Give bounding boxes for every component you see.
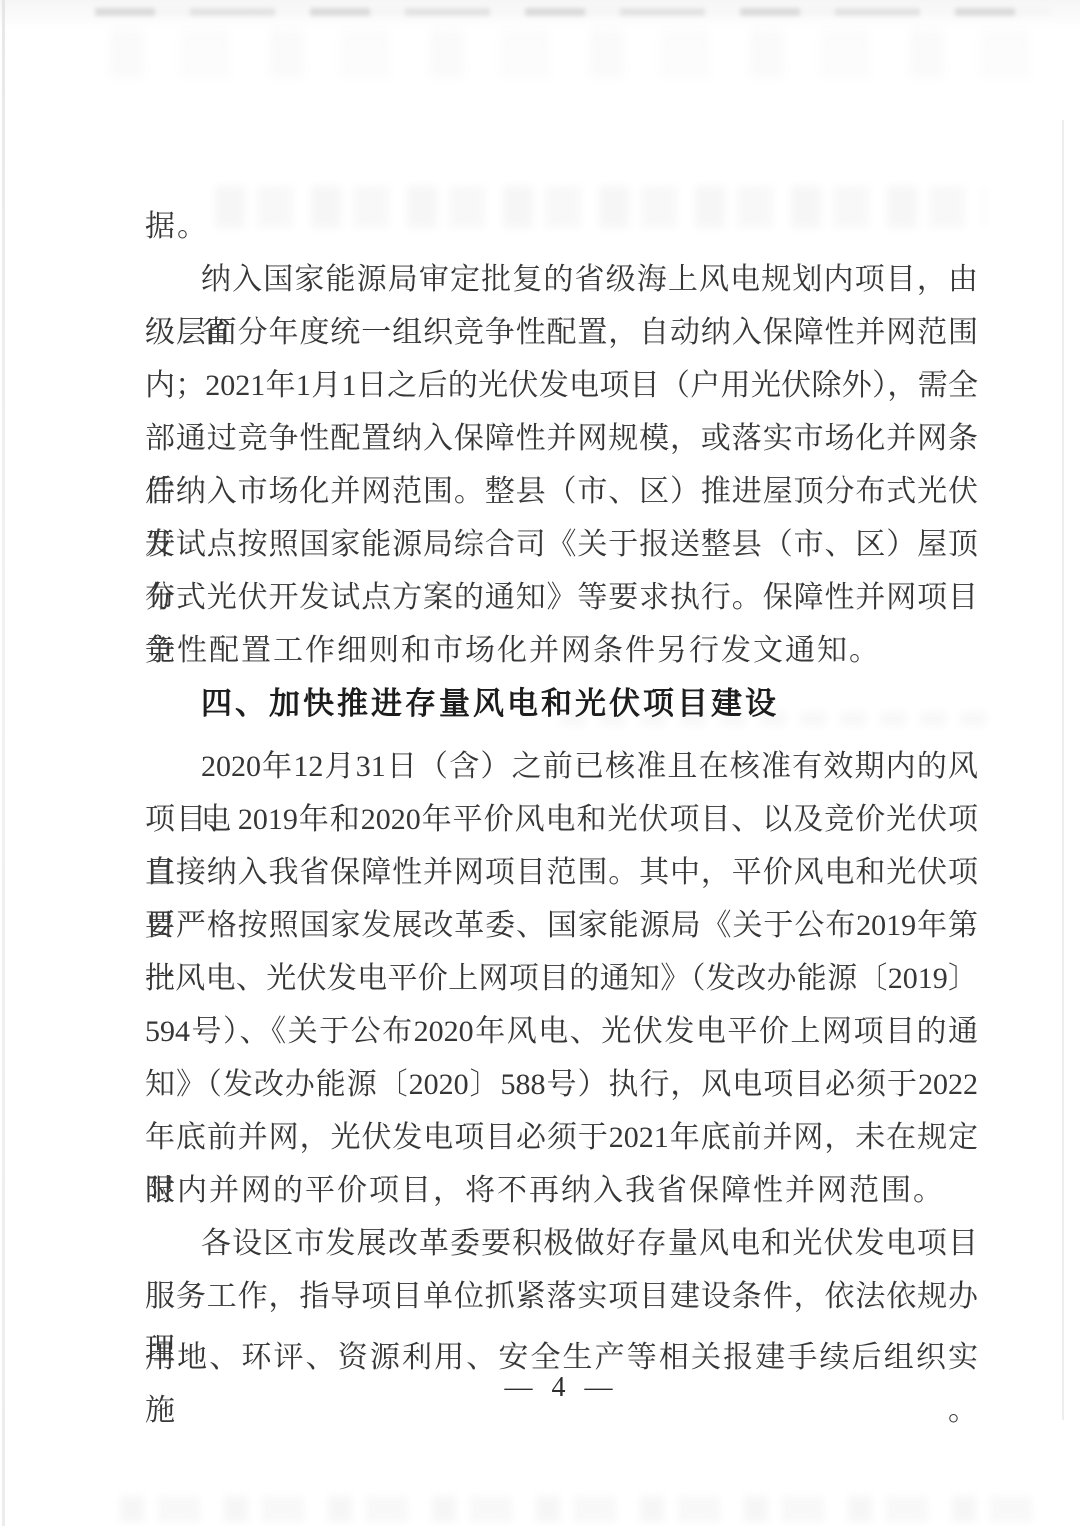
text-line: 项目、2019年和2020年平价风电和光伏项目、以及竞价光伏项目 xyxy=(145,793,978,846)
section-heading: 四、加快推进存量风电和光伏项目建设 xyxy=(145,677,978,730)
text-line: 部通过竞争性配置纳入保障性并网规模，或落实市场化并网条件 xyxy=(145,412,978,465)
text-line: 2020年12月31日（含）之前已核准且在核准有效期内的风电 xyxy=(145,740,978,793)
text-line: 知》（发改办能源〔2020〕588号）执行，风电项目必须于2022 xyxy=(145,1058,978,1111)
scan-edge-artifact xyxy=(95,8,1050,16)
text-line: 594号）、《关于公布2020年风电、光伏发电平价上网项目的通 xyxy=(145,1005,978,1058)
text-line: 服务工作，指导项目单位抓紧落实项目建设条件，依法依规办理 xyxy=(145,1270,978,1323)
text-line: 发试点按照国家能源局综合司《关于报送整县（市、区）屋顶分 xyxy=(145,518,978,571)
text-line: 直接纳入我省保障性并网项目范围。其中，平价风电和光伏项目 xyxy=(145,846,978,899)
text-line: 后纳入市场化并网范围。整县（市、区）推进屋顶分布式光伏开 xyxy=(145,465,978,518)
bleedthrough-artifact xyxy=(110,30,1040,78)
text-line: 批风电、光伏发电平价上网项目的通知》（发改办能源〔2019〕 xyxy=(145,952,978,1005)
page-number: — 4 — xyxy=(145,1372,978,1404)
scan-edge-artifact xyxy=(2,0,5,1526)
text-line: 布式光伏开发试点方案的通知》等要求执行。保障性并网项目竞 xyxy=(145,571,978,624)
scan-edge-artifact xyxy=(1062,120,1064,1420)
text-line: 各设区市发展改革委要积极做好存量风电和光伏发电项目 xyxy=(145,1217,978,1270)
text-line: 争性配置工作细则和市场化并网条件另行发文通知。 xyxy=(145,624,978,677)
text-line: 纳入国家能源局审定批复的省级海上风电规划内项目，由省 xyxy=(145,253,978,306)
bleedthrough-artifact xyxy=(120,1496,1050,1522)
text-line: 据。 xyxy=(145,200,978,253)
scanned-document-page: 据。 纳入国家能源局审定批复的省级海上风电规划内项目，由省 级层面分年度统一组织… xyxy=(0,0,1080,1526)
text-line: 级层面分年度统一组织竞争性配置，自动纳入保障性并网范围 xyxy=(145,306,978,359)
text-line: 内；2021年1月1日之后的光伏发电项目（户用光伏除外），需全 xyxy=(145,359,978,412)
text-line: 年底前并网，光伏发电项目必须于2021年底前并网，未在规定时 xyxy=(145,1111,978,1164)
document-body: 据。 纳入国家能源局审定批复的省级海上风电规划内项目，由省 级层面分年度统一组织… xyxy=(145,200,978,1384)
text-line: 限内并网的平价项目，将不再纳入我省保障性并网范围。 xyxy=(145,1164,978,1217)
text-line: 要严格按照国家发展改革委、国家能源局《关于公布2019年第一 xyxy=(145,899,978,952)
